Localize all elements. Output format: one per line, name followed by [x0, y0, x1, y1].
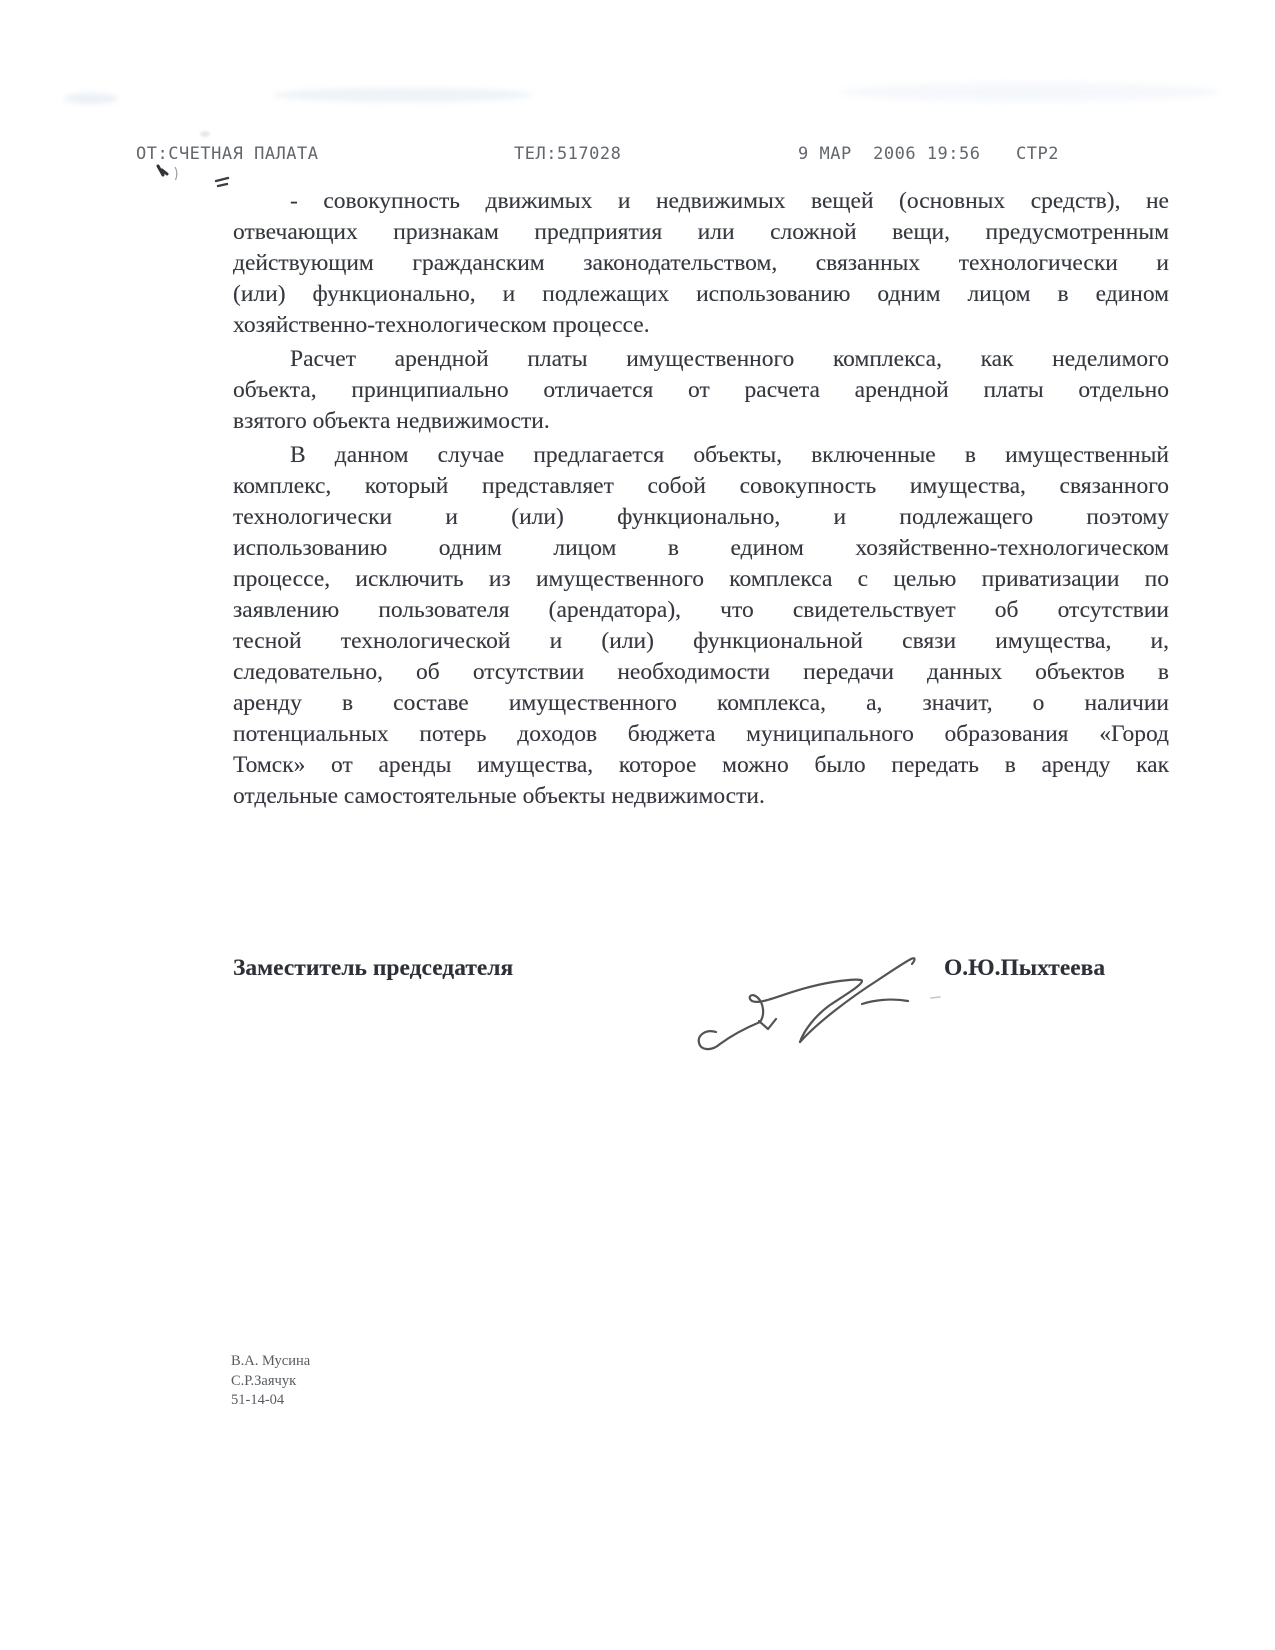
body-line: отдельные самостоятельные объекты недвиж… — [233, 781, 1169, 812]
fax-page-number-label: СТР2 — [1016, 144, 1059, 164]
executor-footer: В.А. Мусина С.Р.Заячук 51-14-04 — [231, 1352, 310, 1411]
body-line: тесной технологической и (или) функциона… — [233, 626, 1169, 657]
body-line: использованию одним лицом в едином хозяй… — [233, 533, 1169, 564]
executor-name: С.Р.Заячук — [231, 1372, 310, 1392]
body-line: Расчет арендной платы имущественного ком… — [233, 344, 1169, 375]
executor-name: В.А. Мусина — [231, 1352, 310, 1372]
body-line: отвечающих признакам предприятия или сло… — [233, 217, 1169, 248]
body-line: - совокупность движимых и недвижимых вещ… — [233, 186, 1169, 217]
body-line: потенциальных потерь доходов бюджета мун… — [233, 719, 1169, 750]
body-line: действующим гражданским законодательство… — [233, 248, 1169, 279]
body-line: объекта, принципиально отличается от рас… — [233, 375, 1169, 406]
scan-streak-artifact — [64, 93, 118, 104]
body-line: комплекс, который представляет собой сов… — [233, 471, 1169, 502]
fax-datetime-label: 9 МАР 2006 19:56 — [798, 144, 981, 164]
handwritten-signature-icon — [660, 940, 950, 1065]
fax-tel-label: ТЕЛ:517028 — [514, 144, 621, 164]
scanned-fax-page: ОТ:СЧЕТНАЯ ПАЛАТА ТЕЛ:517028 9 МАР 2006 … — [0, 0, 1275, 1650]
signatory-name: О.Ю.Пыхтеева — [944, 955, 1105, 982]
paragraph: Расчет арендной платы имущественного ком… — [233, 344, 1169, 437]
scan-streak-artifact — [273, 88, 533, 102]
executor-phone: 51-14-04 — [231, 1391, 310, 1411]
letter-body: - совокупность движимых и недвижимых вещ… — [233, 186, 1169, 815]
body-line: В данном случае предлагается объекты, вк… — [233, 440, 1169, 471]
body-line: (или) функционально, и подлежащих исполь… — [233, 279, 1169, 310]
body-line: заявлению пользователя (арендатора), что… — [233, 595, 1169, 626]
body-line: хозяйственно-технологическом процессе. — [233, 310, 1169, 341]
body-line: взятого объекта недвижимости. — [233, 406, 1169, 437]
body-line: технологически и (или) функционально, и … — [233, 502, 1169, 533]
scan-streak-artifact — [840, 82, 1220, 102]
paragraph: В данном случае предлагается объекты, вк… — [233, 440, 1169, 812]
body-line: процессе, исключить из имущественного ко… — [233, 564, 1169, 595]
body-line: следовательно, об отсутствии необходимос… — [233, 657, 1169, 688]
scan-speck-artifact — [200, 131, 210, 137]
signatory-title: Заместитель председателя — [233, 955, 513, 982]
body-line: Томск» от аренды имущества, которое можн… — [233, 750, 1169, 781]
body-line: аренду в составе имущественного комплекс… — [233, 688, 1169, 719]
paragraph: - совокупность движимых и недвижимых вещ… — [233, 186, 1169, 341]
